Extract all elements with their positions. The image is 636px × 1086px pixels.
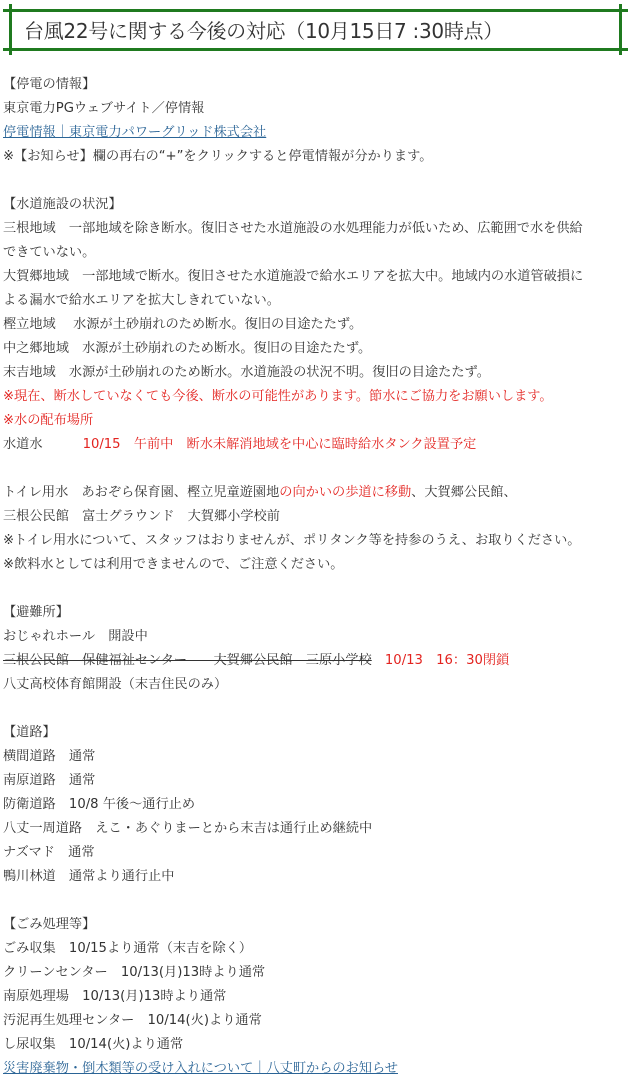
road-status: 横間道路 通常 (3, 745, 633, 769)
toilet-water-moved: の向かいの歩道に移動 (279, 485, 411, 500)
spacer (3, 169, 633, 193)
garbage-status: クリーンセンター 10/13(月)13時より通常 (3, 961, 633, 985)
road-status: 南原道路 通常 (3, 769, 633, 793)
article-body: 【停電の情報】 東京電力PGウェブサイト／停情報 停電情報｜東京電力パワーグリッ… (3, 73, 633, 1081)
section-heading-water: 【水道施設の状況】 (3, 193, 633, 217)
power-source: 東京電力PGウェブサイト／停情報 (3, 97, 633, 121)
garbage-status: し尿収集 10/14(火)より通常 (3, 1033, 633, 1057)
water-status-line: できていない。 (3, 241, 633, 265)
toilet-water-suffix: 、大賀郷公民館、 (411, 485, 517, 500)
title-top-border (3, 9, 628, 12)
water-status-line: 中之郷地域 水源が土砂崩れのため断水。復旧の目途たたず。 (3, 337, 633, 361)
tap-water-detail: 10/15 午前中 断水未解消地域を中心に臨時給水タンク設置予定 (83, 437, 477, 452)
shelter-closed-line: 三根公民館 保健福祉センター 大賀郷公民館 三原小学校 10/13 16：30閉… (3, 649, 633, 673)
garbage-status: ごみ収集 10/15より通常（末吉を除く） (3, 937, 633, 961)
shelter-school: 八丈高校体育館開設（末吉住民のみ） (3, 673, 633, 697)
road-status: 防衛道路 10/8 午後～通行止め (3, 793, 633, 817)
section-heading-garbage: 【ごみ処理等】 (3, 913, 633, 937)
spacer (3, 697, 633, 721)
garbage-status: 南原処理場 10/13(月)13時より通常 (3, 985, 633, 1009)
title-box: 台風22号に関する今後の対応（10月15日7 :30時点） (0, 0, 636, 60)
spacer (3, 457, 633, 481)
water-status-line: 樫立地域 水源が土砂崩れのため断水。復旧の目途たたず。 (3, 313, 633, 337)
section-heading-power: 【停電の情報】 (3, 73, 633, 97)
water-status-line: 末吉地域 水源が土砂崩れのため断水。水道施設の状況不明。復旧の目途たたず。 (3, 361, 633, 385)
toilet-water-prefix: トイレ用水 あおぞら保育園、樫立児童遊園地 (3, 485, 279, 500)
road-status: ナズマド 通常 (3, 841, 633, 865)
page-title: 台風22号に関する今後の対応（10月15日7 :30時点） (24, 13, 503, 49)
tap-water-line: 水道水10/15 午前中 断水未解消地域を中心に臨時給水タンク設置予定 (3, 433, 633, 457)
section-heading-roads: 【道路】 (3, 721, 633, 745)
title-left-border (9, 4, 12, 55)
power-outage-link[interactable]: 停電情報｜東京電力パワーグリッド株式会社 (3, 125, 266, 140)
shelter-open: おじゃれホール 開設中 (3, 625, 633, 649)
tap-water-label: 水道水 (3, 437, 43, 452)
water-warning: ※現在、断水していなくても今後、断水の可能性があります。節水にご協力をお願いしま… (3, 385, 633, 409)
water-distribution-heading: ※水の配布場所 (3, 409, 633, 433)
toilet-water-line: トイレ用水 あおぞら保育園、樫立児童遊園地の向かいの歩道に移動、大賀郷公民館、 (3, 481, 633, 505)
road-status: 鴨川林道 通常より通行止中 (3, 865, 633, 889)
drinking-water-note: ※飲料水としては利用できませんので、ご注意ください。 (3, 553, 633, 577)
shelter-closed-note: 10/13 16：30閉鎖 (385, 653, 509, 668)
section-heading-shelter: 【避難所】 (3, 601, 633, 625)
water-status-line: 大賀郷地域 一部地域で断水。復旧させた水道施設で給水エリアを拡大中。地域内の水道… (3, 265, 633, 289)
road-status: 八丈一周道路 えこ・あぐりまーとから末吉は通行止め継続中 (3, 817, 633, 841)
water-status-line: 三根地域 一部地域を除き断水。復旧させた水道施設の水処理能力が低いため、広範囲で… (3, 217, 633, 241)
disaster-waste-link[interactable]: 災害廃棄物・倒木類等の受け入れについて｜八丈町からのお知らせ (3, 1061, 398, 1076)
spacer (3, 889, 633, 913)
toilet-water-line-2: 三根公民館 富士グラウンド 大賀郷小学校前 (3, 505, 633, 529)
garbage-status: 汚泥再生処理センター 10/14(火)より通常 (3, 1009, 633, 1033)
water-status-line: よる漏水で給水エリアを拡大しきれていない。 (3, 289, 633, 313)
spacer (3, 577, 633, 601)
power-note: ※【お知らせ】欄の再右の“+”をクリックすると停電情報が分かります。 (3, 145, 633, 169)
shelter-closed-list: 三根公民館 保健福祉センター 大賀郷公民館 三原小学校 (3, 653, 372, 668)
toilet-water-note: ※トイレ用水について、スタッフはおりませんが、ポリタンク等を持参のうえ、お取りく… (3, 529, 633, 553)
title-right-border (619, 4, 622, 55)
